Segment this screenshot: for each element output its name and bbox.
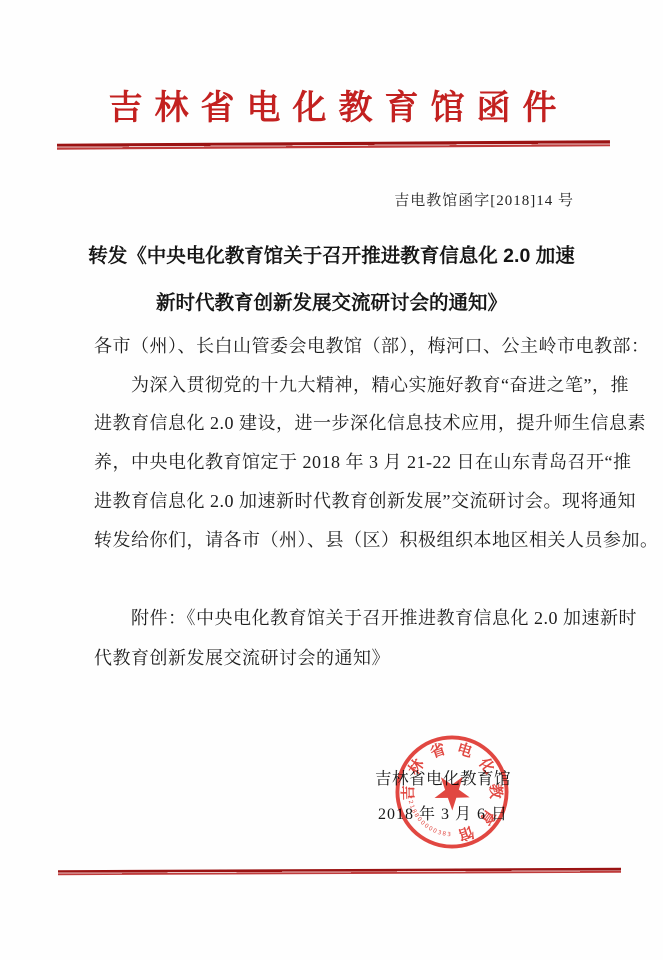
doc-number: 吉电教馆函字[2018]14 号 xyxy=(394,189,574,210)
letterhead-divider xyxy=(57,140,610,149)
subject-line: 转发《中央电化教育馆关于召开推进教育信息化 2.0 加速 xyxy=(0,233,663,280)
seal-char: 电 xyxy=(455,739,475,761)
seal-char: 省 xyxy=(428,741,448,762)
body-line: 进教育信息化 2.0 加速新时代教育创新发展”交流研讨会。现将通知 xyxy=(94,482,597,521)
body-line: 为深入贯彻党的十九大精神，精心实施好教育“奋进之笔”，推 xyxy=(94,366,597,405)
subject-title: 转发《中央电化教育馆关于召开推进教育信息化 2.0 加速 新时代教育创新发展交流… xyxy=(0,233,663,327)
subject-line: 新时代教育创新发展交流研讨会的通知》 xyxy=(0,280,663,327)
document-page: 吉林省电化教育馆函件 吉电教馆函字[2018]14 号 转发《中央电化教育馆关于… xyxy=(0,0,663,960)
body-line: 养，中央电化教育馆定于 2018 年 3 月 21-22 日在山东青岛召开“推 xyxy=(94,443,597,482)
body-text: 各市（州）、长白山管委会电教馆（部），梅河口、公主岭市电教部： 为深入贯彻党的十… xyxy=(94,327,597,559)
body-line: 各市（州）、长白山管委会电教馆（部），梅河口、公主岭市电教部： xyxy=(94,327,597,366)
attachment-note: 附件：《中央电化教育馆关于召开推进教育信息化 2.0 加速新时 代教育创新发展交… xyxy=(94,598,603,678)
signature-block: 吉林省电化教育馆 2018 年 3 月 6 日 xyxy=(343,765,543,824)
letterhead-title: 吉林省电化教育馆函件 xyxy=(0,80,663,129)
signature-date: 2018 年 3 月 6 日 xyxy=(343,801,543,824)
seal-char: 馆 xyxy=(456,822,476,844)
signature-org: 吉林省电化教育馆 xyxy=(343,765,543,789)
footer-divider xyxy=(58,868,621,875)
body-line: 进教育信息化 2.0 建设，进一步深化信息技术应用，提升师生信息素 xyxy=(94,404,597,443)
attachment-line: 代教育创新发展交流研讨会的通知》 xyxy=(94,638,603,678)
body-line: 转发给你们，请各市（州）、县（区）积极组织本地区相关人员参加。 xyxy=(94,521,597,560)
attachment-line: 附件：《中央电化教育馆关于召开推进教育信息化 2.0 加速新时 xyxy=(94,598,603,638)
